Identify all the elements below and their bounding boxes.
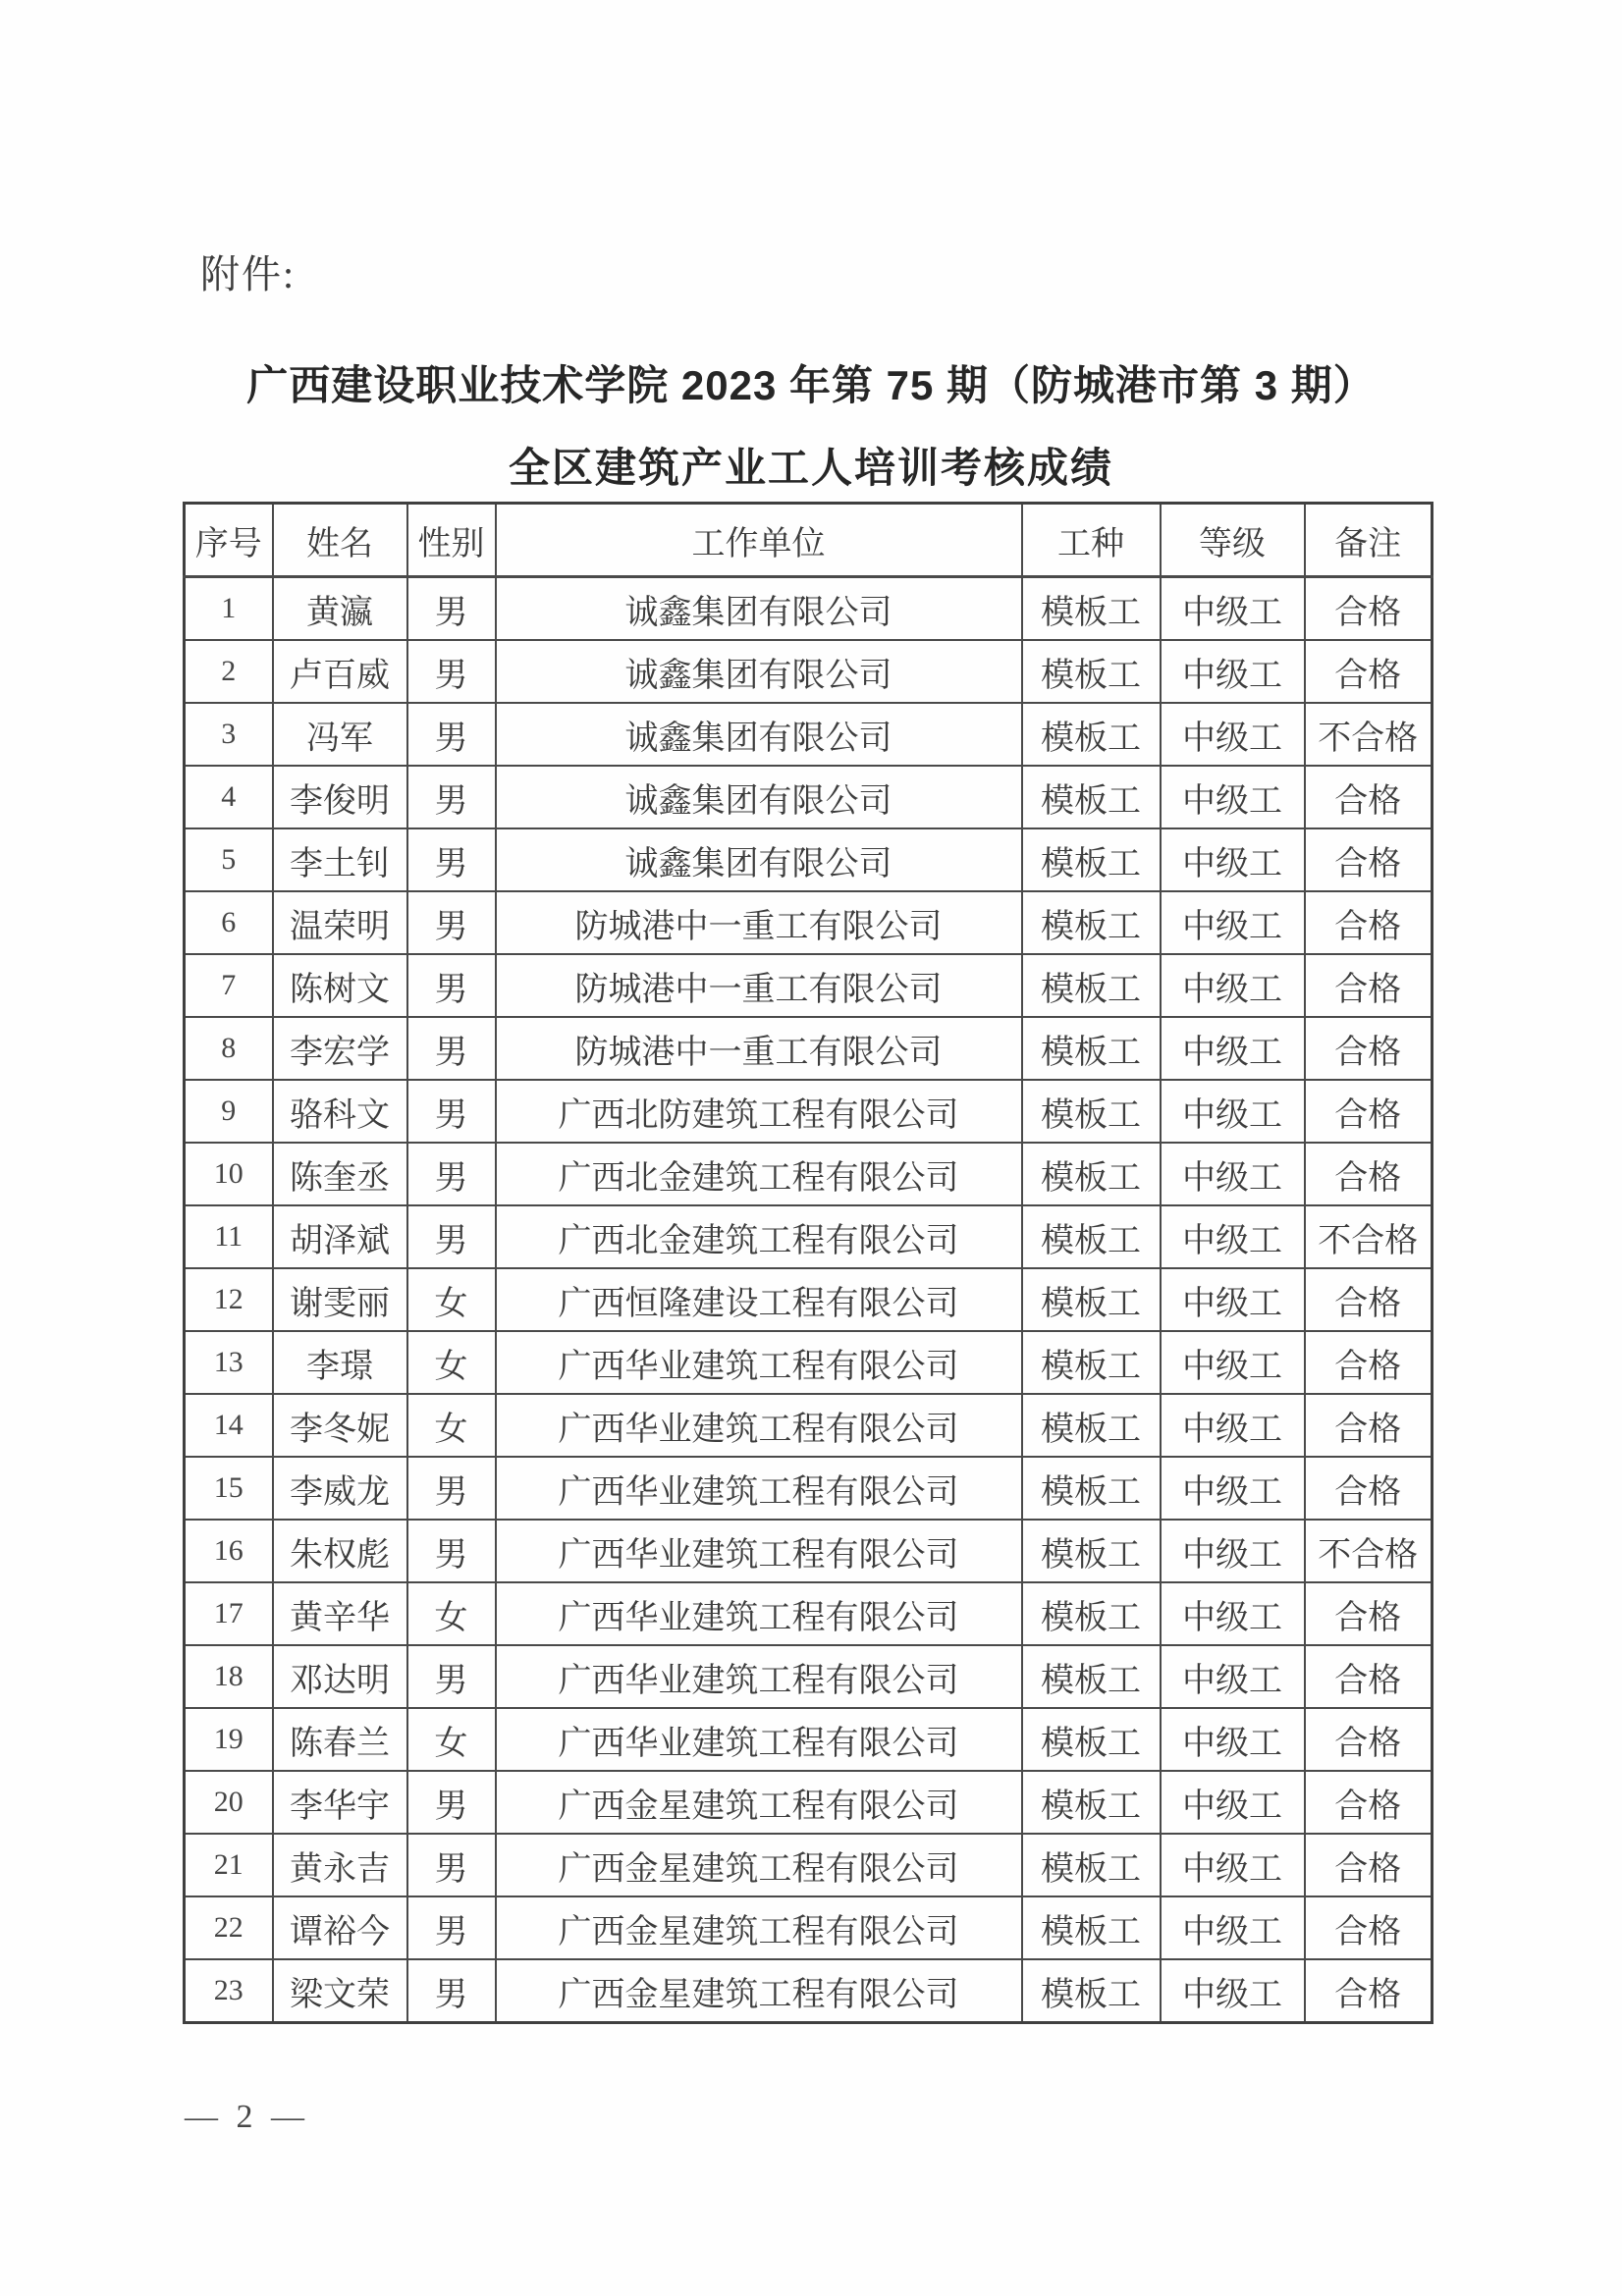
table-cell: 合格 (1305, 1080, 1433, 1143)
table-cell: 广西华业建筑工程有限公司 (496, 1708, 1022, 1771)
table-cell: 21 (185, 1834, 273, 1896)
table-cell: 男 (407, 1457, 496, 1520)
table-cell: 李宏学 (273, 1017, 407, 1080)
table-cell: 合格 (1305, 1394, 1433, 1457)
table-cell: 中级工 (1161, 703, 1305, 766)
table-cell: 1 (185, 577, 273, 641)
table-row: 10陈奎丞男广西北金建筑工程有限公司模板工中级工合格 (185, 1143, 1433, 1205)
table-cell: 8 (185, 1017, 273, 1080)
table-cell: 中级工 (1161, 1143, 1305, 1205)
table-cell: 广西北防建筑工程有限公司 (496, 1080, 1022, 1143)
table-row: 2卢百威男诚鑫集团有限公司模板工中级工合格 (185, 640, 1433, 703)
table-cell: 梁文荣 (273, 1959, 407, 2023)
table-cell: 合格 (1305, 1582, 1433, 1645)
table-cell: 胡泽斌 (273, 1205, 407, 1268)
table-cell: 李冬妮 (273, 1394, 407, 1457)
table-cell: 中级工 (1161, 891, 1305, 954)
table-cell: 不合格 (1305, 1205, 1433, 1268)
table-row: 9骆科文男广西北防建筑工程有限公司模板工中级工合格 (185, 1080, 1433, 1143)
results-table: 序号姓名性别工作单位工种等级备注 1黄瀛男诚鑫集团有限公司模板工中级工合格2卢百… (183, 502, 1433, 2024)
table-cell: 11 (185, 1205, 273, 1268)
table-cell: 男 (407, 1143, 496, 1205)
attachment-label: 附件: (200, 243, 296, 299)
column-header: 姓名 (273, 504, 407, 577)
table-cell: 合格 (1305, 640, 1433, 703)
table-cell: 广西恒隆建设工程有限公司 (496, 1268, 1022, 1331)
table-cell: 13 (185, 1331, 273, 1394)
table-cell: 中级工 (1161, 1582, 1305, 1645)
column-header: 等级 (1161, 504, 1305, 577)
table-cell: 中级工 (1161, 1457, 1305, 1520)
table-cell: 中级工 (1161, 1331, 1305, 1394)
table-cell: 20 (185, 1771, 273, 1834)
table-cell: 温荣明 (273, 891, 407, 954)
table-cell: 男 (407, 577, 496, 641)
table-cell: 中级工 (1161, 1017, 1305, 1080)
table-cell: 不合格 (1305, 1520, 1433, 1582)
table-cell: 14 (185, 1394, 273, 1457)
table-cell: 诚鑫集团有限公司 (496, 766, 1022, 828)
table-cell: 中级工 (1161, 1708, 1305, 1771)
table-row: 15李威龙男广西华业建筑工程有限公司模板工中级工合格 (185, 1457, 1433, 1520)
table-cell: 合格 (1305, 1708, 1433, 1771)
table-cell: 模板工 (1022, 1520, 1161, 1582)
table-cell: 模板工 (1022, 1331, 1161, 1394)
table-row: 22谭裕今男广西金星建筑工程有限公司模板工中级工合格 (185, 1896, 1433, 1959)
table-cell: 男 (407, 1645, 496, 1708)
table-cell: 合格 (1305, 1645, 1433, 1708)
table-cell: 诚鑫集团有限公司 (496, 640, 1022, 703)
table-cell: 中级工 (1161, 1896, 1305, 1959)
table-cell: 黄瀛 (273, 577, 407, 641)
table-cell: 模板工 (1022, 1959, 1161, 2023)
table-cell: 中级工 (1161, 1645, 1305, 1708)
table-header-row: 序号姓名性别工作单位工种等级备注 (185, 504, 1433, 577)
table-cell: 模板工 (1022, 891, 1161, 954)
table-cell: 李璟 (273, 1331, 407, 1394)
table-cell: 李华宇 (273, 1771, 407, 1834)
table-cell: 李俊明 (273, 766, 407, 828)
table-cell: 模板工 (1022, 954, 1161, 1017)
table-cell: 中级工 (1161, 640, 1305, 703)
document-page: 附件: 广西建设职业技术学院 2023 年第 75 期（防城港市第 3 期） 全… (0, 0, 1622, 2296)
table-cell: 黄辛华 (273, 1582, 407, 1645)
table-cell: 合格 (1305, 1834, 1433, 1896)
table-cell: 广西北金建筑工程有限公司 (496, 1205, 1022, 1268)
table-cell: 合格 (1305, 577, 1433, 641)
table-cell: 合格 (1305, 954, 1433, 1017)
table-cell: 15 (185, 1457, 273, 1520)
table-cell: 模板工 (1022, 703, 1161, 766)
table-cell: 模板工 (1022, 1205, 1161, 1268)
table-cell: 广西华业建筑工程有限公司 (496, 1394, 1022, 1457)
table-cell: 模板工 (1022, 1771, 1161, 1834)
table-cell: 黄永吉 (273, 1834, 407, 1896)
table-cell: 男 (407, 1205, 496, 1268)
table-cell: 模板工 (1022, 1582, 1161, 1645)
table-cell: 中级工 (1161, 1959, 1305, 2023)
document-title-line2: 全区建筑产业工人培训考核成绩 (0, 436, 1622, 495)
results-table-body: 1黄瀛男诚鑫集团有限公司模板工中级工合格2卢百威男诚鑫集团有限公司模板工中级工合… (185, 577, 1433, 2023)
table-cell: 4 (185, 766, 273, 828)
table-cell: 广西华业建筑工程有限公司 (496, 1457, 1022, 1520)
table-cell: 女 (407, 1582, 496, 1645)
table-cell: 邓达明 (273, 1645, 407, 1708)
table-row: 4李俊明男诚鑫集团有限公司模板工中级工合格 (185, 766, 1433, 828)
table-row: 21黄永吉男广西金星建筑工程有限公司模板工中级工合格 (185, 1834, 1433, 1896)
table-cell: 模板工 (1022, 1080, 1161, 1143)
table-cell: 男 (407, 703, 496, 766)
table-cell: 模板工 (1022, 1394, 1161, 1457)
table-cell: 合格 (1305, 1143, 1433, 1205)
table-cell: 模板工 (1022, 640, 1161, 703)
table-cell: 中级工 (1161, 828, 1305, 891)
table-cell: 谢雯丽 (273, 1268, 407, 1331)
table-cell: 6 (185, 891, 273, 954)
table-cell: 男 (407, 1520, 496, 1582)
table-cell: 合格 (1305, 1771, 1433, 1834)
table-cell: 广西华业建筑工程有限公司 (496, 1645, 1022, 1708)
page-number: — 2 — (185, 2099, 304, 2136)
table-cell: 骆科文 (273, 1080, 407, 1143)
table-row: 8李宏学男防城港中一重工有限公司模板工中级工合格 (185, 1017, 1433, 1080)
table-cell: 卢百威 (273, 640, 407, 703)
table-cell: 模板工 (1022, 577, 1161, 641)
table-row: 20李华宇男广西金星建筑工程有限公司模板工中级工合格 (185, 1771, 1433, 1834)
table-cell: 广西华业建筑工程有限公司 (496, 1582, 1022, 1645)
table-cell: 合格 (1305, 1457, 1433, 1520)
table-cell: 防城港中一重工有限公司 (496, 891, 1022, 954)
table-row: 6温荣明男防城港中一重工有限公司模板工中级工合格 (185, 891, 1433, 954)
table-cell: 中级工 (1161, 1771, 1305, 1834)
table-row: 17黄辛华女广西华业建筑工程有限公司模板工中级工合格 (185, 1582, 1433, 1645)
table-cell: 19 (185, 1708, 273, 1771)
table-cell: 诚鑫集团有限公司 (496, 703, 1022, 766)
table-row: 5李土钊男诚鑫集团有限公司模板工中级工合格 (185, 828, 1433, 891)
table-cell: 23 (185, 1959, 273, 2023)
table-cell: 合格 (1305, 1959, 1433, 2023)
table-cell: 5 (185, 828, 273, 891)
table-cell: 2 (185, 640, 273, 703)
table-cell: 男 (407, 891, 496, 954)
table-cell: 模板工 (1022, 1708, 1161, 1771)
table-cell: 合格 (1305, 1896, 1433, 1959)
table-cell: 谭裕今 (273, 1896, 407, 1959)
table-cell: 李土钊 (273, 828, 407, 891)
table-cell: 陈春兰 (273, 1708, 407, 1771)
table-cell: 男 (407, 1834, 496, 1896)
column-header: 工种 (1022, 504, 1161, 577)
table-cell: 男 (407, 1959, 496, 2023)
table-cell: 18 (185, 1645, 273, 1708)
table-cell: 模板工 (1022, 1143, 1161, 1205)
table-cell: 男 (407, 1771, 496, 1834)
table-cell: 男 (407, 828, 496, 891)
table-cell: 广西华业建筑工程有限公司 (496, 1520, 1022, 1582)
table-cell: 冯军 (273, 703, 407, 766)
table-cell: 陈奎丞 (273, 1143, 407, 1205)
table-cell: 中级工 (1161, 1268, 1305, 1331)
table-cell: 12 (185, 1268, 273, 1331)
table-cell: 诚鑫集团有限公司 (496, 828, 1022, 891)
table-row: 1黄瀛男诚鑫集团有限公司模板工中级工合格 (185, 577, 1433, 641)
table-cell: 7 (185, 954, 273, 1017)
table-cell: 3 (185, 703, 273, 766)
table-row: 19陈春兰女广西华业建筑工程有限公司模板工中级工合格 (185, 1708, 1433, 1771)
table-cell: 诚鑫集团有限公司 (496, 577, 1022, 641)
table-cell: 模板工 (1022, 1834, 1161, 1896)
table-cell: 防城港中一重工有限公司 (496, 954, 1022, 1017)
table-cell: 男 (407, 1017, 496, 1080)
table-cell: 男 (407, 1896, 496, 1959)
table-cell: 朱权彪 (273, 1520, 407, 1582)
table-cell: 合格 (1305, 828, 1433, 891)
table-cell: 陈树文 (273, 954, 407, 1017)
table-cell: 广西金星建筑工程有限公司 (496, 1959, 1022, 2023)
column-header: 性别 (407, 504, 496, 577)
table-cell: 中级工 (1161, 1205, 1305, 1268)
table-cell: 合格 (1305, 891, 1433, 954)
column-header: 序号 (185, 504, 273, 577)
table-cell: 9 (185, 1080, 273, 1143)
table-cell: 男 (407, 766, 496, 828)
table-cell: 女 (407, 1331, 496, 1394)
table-cell: 17 (185, 1582, 273, 1645)
table-cell: 中级工 (1161, 954, 1305, 1017)
table-row: 12谢雯丽女广西恒隆建设工程有限公司模板工中级工合格 (185, 1268, 1433, 1331)
table-cell: 女 (407, 1708, 496, 1771)
table-cell: 防城港中一重工有限公司 (496, 1017, 1022, 1080)
table-cell: 中级工 (1161, 1394, 1305, 1457)
table-cell: 李威龙 (273, 1457, 407, 1520)
table-row: 7陈树文男防城港中一重工有限公司模板工中级工合格 (185, 954, 1433, 1017)
column-header: 工作单位 (496, 504, 1022, 577)
table-cell: 中级工 (1161, 577, 1305, 641)
document-title-line1: 广西建设职业技术学院 2023 年第 75 期（防城港市第 3 期） (0, 353, 1622, 412)
table-cell: 模板工 (1022, 1645, 1161, 1708)
table-row: 14李冬妮女广西华业建筑工程有限公司模板工中级工合格 (185, 1394, 1433, 1457)
table-cell: 女 (407, 1394, 496, 1457)
table-cell: 10 (185, 1143, 273, 1205)
table-cell: 中级工 (1161, 1834, 1305, 1896)
table-cell: 模板工 (1022, 1017, 1161, 1080)
table-row: 3冯军男诚鑫集团有限公司模板工中级工不合格 (185, 703, 1433, 766)
table-cell: 合格 (1305, 766, 1433, 828)
table-cell: 广西华业建筑工程有限公司 (496, 1331, 1022, 1394)
table-cell: 模板工 (1022, 828, 1161, 891)
table-cell: 广西北金建筑工程有限公司 (496, 1143, 1022, 1205)
table-row: 13李璟女广西华业建筑工程有限公司模板工中级工合格 (185, 1331, 1433, 1394)
table-cell: 模板工 (1022, 1457, 1161, 1520)
table-row: 16朱权彪男广西华业建筑工程有限公司模板工中级工不合格 (185, 1520, 1433, 1582)
table-cell: 男 (407, 954, 496, 1017)
table-cell: 模板工 (1022, 1896, 1161, 1959)
table-cell: 男 (407, 1080, 496, 1143)
table-cell: 合格 (1305, 1268, 1433, 1331)
table-cell: 广西金星建筑工程有限公司 (496, 1896, 1022, 1959)
table-cell: 中级工 (1161, 1520, 1305, 1582)
table-cell: 22 (185, 1896, 273, 1959)
table-cell: 模板工 (1022, 1268, 1161, 1331)
table-cell: 16 (185, 1520, 273, 1582)
table-row: 23梁文荣男广西金星建筑工程有限公司模板工中级工合格 (185, 1959, 1433, 2023)
table-cell: 中级工 (1161, 1080, 1305, 1143)
table-cell: 中级工 (1161, 766, 1305, 828)
table-cell: 合格 (1305, 1017, 1433, 1080)
table-cell: 广西金星建筑工程有限公司 (496, 1834, 1022, 1896)
table-cell: 男 (407, 640, 496, 703)
table-cell: 合格 (1305, 1331, 1433, 1394)
table-row: 11胡泽斌男广西北金建筑工程有限公司模板工中级工不合格 (185, 1205, 1433, 1268)
table-cell: 模板工 (1022, 766, 1161, 828)
column-header: 备注 (1305, 504, 1433, 577)
table-cell: 广西金星建筑工程有限公司 (496, 1771, 1022, 1834)
table-cell: 不合格 (1305, 703, 1433, 766)
table-row: 18邓达明男广西华业建筑工程有限公司模板工中级工合格 (185, 1645, 1433, 1708)
table-cell: 女 (407, 1268, 496, 1331)
